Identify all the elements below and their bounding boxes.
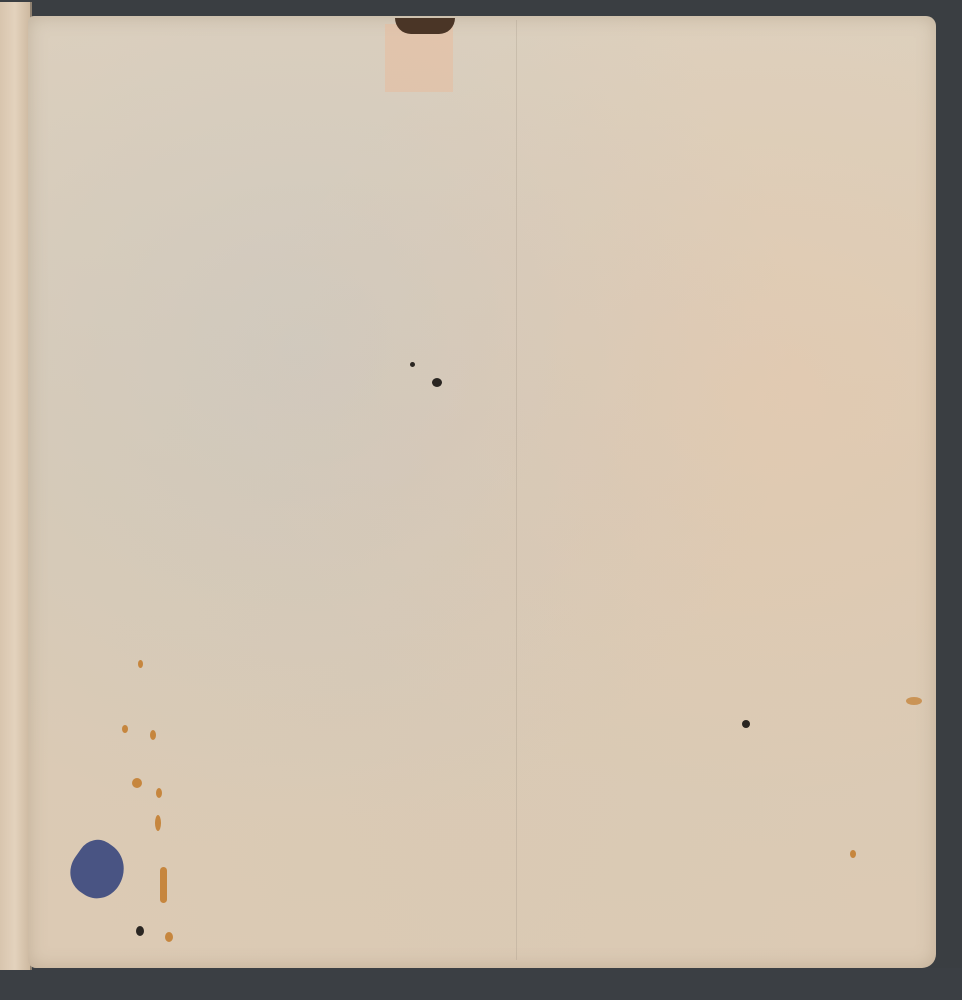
dark-speck: [136, 926, 144, 936]
dark-speck: [742, 720, 750, 728]
rust-spot: [165, 932, 173, 942]
rust-spot: [155, 815, 161, 831]
fold-line: [516, 20, 517, 960]
dark-speck: [410, 362, 415, 367]
rust-spot: [122, 725, 128, 733]
top-tear: [395, 18, 455, 34]
tape-mark: [385, 24, 453, 92]
background: [0, 968, 962, 1000]
rust-spot: [138, 660, 143, 668]
rust-spot: [906, 697, 922, 705]
rust-spot: [132, 778, 142, 788]
rust-spot: [850, 850, 856, 858]
rust-spot: [160, 867, 167, 903]
dark-speck: [432, 378, 442, 387]
rust-spot: [150, 730, 156, 740]
rust-spot: [156, 788, 162, 798]
paper-page: [28, 16, 936, 968]
